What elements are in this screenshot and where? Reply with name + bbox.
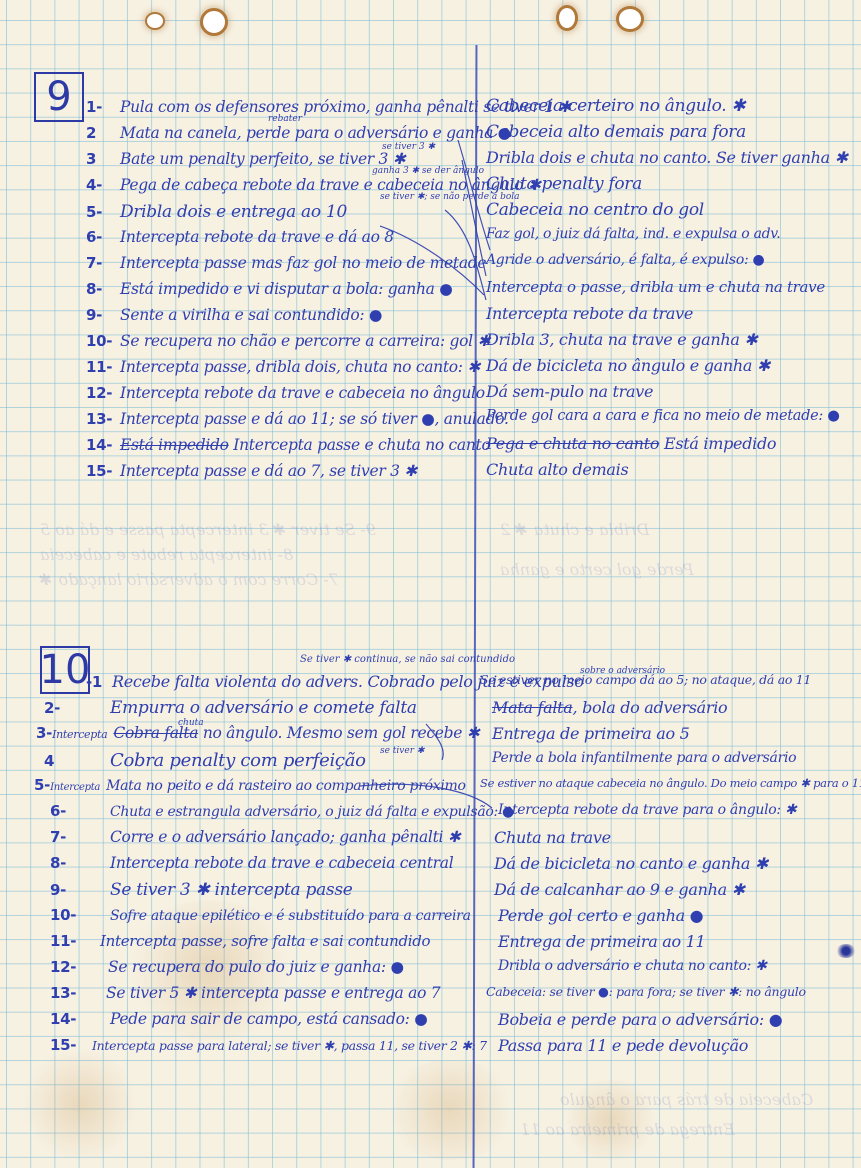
- list-item: 9-Se tiver 3 ✱ intercepta passe: [50, 880, 353, 900]
- item-number: 13-: [86, 410, 120, 428]
- list-item: 14-Pede para sair de campo, está cansado…: [50, 1010, 427, 1028]
- item-number: 10-: [86, 332, 120, 350]
- item-text: Chuta e estrangula adversário, o juiz dá…: [110, 804, 514, 820]
- list-item: 3-InterceptaCobra falta no ângulo. Mesmo…: [36, 724, 479, 742]
- item-number: 14-: [50, 1010, 110, 1028]
- item-number: 9-: [50, 881, 110, 899]
- item-number: 5-: [34, 776, 50, 794]
- binder-hole: [616, 6, 644, 32]
- list-item: 12-Se recupera do pulo do juiz e ganha: …: [50, 958, 404, 976]
- list-item: Perde gol cara a cara e fica no meio de …: [486, 408, 840, 424]
- item-number: 1-: [86, 98, 120, 116]
- item-text: Bate um penalty perfeito, se tiver 3 ✱: [120, 150, 405, 168]
- list-item: Faz gol, o juiz dá falta, ind. e expulsa…: [486, 226, 780, 242]
- list-item: Dribla 3, chuta na trave e ganha ✱: [486, 330, 757, 349]
- item-text: Sente a virilha e sai contundido: ●: [120, 306, 382, 324]
- item-prefix: Intercepta: [50, 782, 100, 793]
- list-item: Perde a bola infantilmente para o advers…: [492, 750, 796, 766]
- list-item: Chuta penalty fora: [486, 174, 642, 194]
- section-number-box: 10: [40, 646, 90, 694]
- item-number: 6-: [50, 802, 110, 820]
- list-item: 5-Dribla dois e entrega ao 10: [86, 202, 347, 222]
- list-item: 15-Intercepta passe para lateral; se tiv…: [50, 1036, 487, 1054]
- list-item: Entrega de primeira ao 5: [492, 724, 689, 743]
- list-item: Chuta alto demais: [486, 460, 628, 479]
- list-item: 5-InterceptaMata no peito e dá rasteiro …: [34, 776, 466, 794]
- paper-stain: [20, 1050, 140, 1160]
- item-text: Corre e o adversário lançado; ganha pêna…: [110, 828, 460, 846]
- list-item: Mata falta, bola do adversário: [492, 698, 727, 717]
- item-number: 5-: [86, 203, 120, 221]
- item-text: Intercepta rebote da trave e cabeceia no…: [120, 384, 485, 402]
- list-item: Dá sem-pulo na trave: [486, 382, 653, 401]
- list-item: Intercepta rebote da trave: [486, 304, 693, 323]
- list-item: Perde gol certo e ganha ●: [498, 906, 703, 925]
- annotation: se tiver ✱: [380, 746, 424, 756]
- item-text: Sofre ataque epilético e é substituído p…: [110, 908, 471, 924]
- list-item: Intercepta rebote da trave para o ângulo…: [498, 802, 796, 818]
- item-text: Se tiver 3 ✱ intercepta passe: [110, 880, 353, 900]
- item-number: 8-: [50, 854, 110, 872]
- item-number: 3-: [36, 724, 52, 742]
- list-item: 7-Intercepta passe mas faz gol no meio d…: [86, 254, 486, 272]
- list-item: 4Cobra penalty com perfeição: [44, 750, 366, 771]
- list-item: 2-Empurra o adversário e comete falta: [44, 698, 417, 718]
- item-number: 7-: [86, 254, 120, 272]
- section-number-box: 9: [34, 72, 84, 122]
- list-item: 14-Está impedido Intercepta passe e chut…: [86, 436, 491, 454]
- item-text: , bola do adversário: [573, 698, 728, 717]
- list-item: 11-Intercepta passe, dribla dois, chuta …: [86, 358, 480, 376]
- item-number: 11-: [86, 358, 120, 376]
- list-item: Dribla o adversário e chuta no canto: ✱: [498, 958, 767, 974]
- item-number: 15-: [86, 462, 120, 480]
- show-through-text: Cabeceia de trás para o ângulo: [560, 1090, 813, 1109]
- list-item: 12-Intercepta rebote da trave e cabeceia…: [86, 384, 485, 402]
- item-number: 7-: [50, 828, 110, 846]
- item-text: Intercepta rebote da trave e dá ao 8: [120, 228, 394, 246]
- struck-text: Pega e chuta no canto: [486, 434, 659, 453]
- list-item: Cabeceia no centro do gol: [486, 200, 704, 220]
- list-item: Dá de bicicleta no ângulo e ganha ✱: [486, 356, 770, 375]
- item-number: 2-: [44, 699, 110, 717]
- list-item: Cabeceia alto demais para fora: [486, 122, 746, 142]
- list-item: 15-Intercepta passe e dá ao 7, se tiver …: [86, 462, 417, 480]
- struck-text: Mata falta: [492, 698, 573, 717]
- item-text: no ângulo. Mesmo sem gol recebe ✱: [203, 724, 480, 742]
- list-item: 2Mata na canela, perde para o adversário…: [86, 124, 511, 142]
- item-text: Pede para sair de campo, está cansado: ●: [110, 1010, 427, 1028]
- binder-hole: [556, 5, 578, 31]
- list-item: Dá de bicicleta no canto e ganha ✱: [494, 854, 768, 873]
- item-number: 4: [44, 752, 110, 770]
- paper-stain: [380, 1060, 520, 1160]
- item-text: Está impedido e vi disputar a bola: ganh…: [120, 280, 452, 298]
- list-item: Pega e chuta no canto Está impedido: [486, 434, 776, 453]
- item-text: Cobra penalty com perfeição: [110, 750, 366, 771]
- item-text: Se recupera no chão e percorre a carreir…: [120, 332, 490, 350]
- list-item: 13-Se tiver 5 ✱ intercepta passe e entre…: [50, 984, 440, 1002]
- item-number: 3: [86, 150, 120, 168]
- list-item: 10-Sofre ataque epilético e é substituíd…: [50, 906, 471, 924]
- show-through-text: Dribla e chuta ✱ 2: [500, 520, 649, 539]
- list-item: 3Bate um penalty perfeito, se tiver 3 ✱: [86, 150, 405, 168]
- list-item: Cabeceia certeiro no ângulo. ✱: [486, 96, 745, 116]
- annotation: se tiver 3 ✱: [382, 142, 435, 152]
- item-number: 15-: [50, 1036, 92, 1054]
- show-through-text: 8- intercepta rebote e cabeceia: [40, 545, 293, 564]
- annotation: rebater: [268, 114, 302, 124]
- show-through-text: 7- Corre com o adversário lançado ✱: [40, 570, 339, 589]
- list-item: Cabeceia: se tiver ●: para fora; se tive…: [486, 984, 806, 999]
- list-item: Agride o adversário, é falta, é expulso:…: [486, 252, 764, 268]
- struck-text: Está impedido: [120, 436, 229, 454]
- item-text: Mata na canela, perde para o adversário …: [120, 124, 511, 142]
- item-number: 12-: [86, 384, 120, 402]
- item-number: 12-: [50, 958, 108, 976]
- annotation: Se tiver ✱ continua, se não sai contundi…: [300, 654, 515, 665]
- show-through-text: 9- Se tiver ✱ 3 intercepta passe e dá ao…: [40, 520, 376, 539]
- list-item: 6-Intercepta rebote da trave e dá ao 8: [86, 228, 394, 246]
- item-text: Intercepta passe e chuta no canto: [233, 436, 490, 454]
- item-number: 2: [86, 124, 120, 142]
- item-text: Intercepta rebote da trave e cabeceia ce…: [110, 854, 453, 872]
- item-text: Está impedido: [664, 434, 776, 453]
- notebook-page: 9- Se tiver ✱ 3 intercepta passe e dá ao…: [0, 0, 861, 1168]
- item-number: 11-: [50, 932, 100, 950]
- item-text: Intercepta passe para lateral; se tiver …: [92, 1038, 487, 1053]
- item-text: Mata no peito e dá rasteiro ao companhei…: [106, 778, 466, 794]
- item-text: Se tiver 5 ✱ intercepta passe e entrega …: [106, 984, 440, 1002]
- list-item: Se estiver no meio campo dá ao 5; no ata…: [480, 672, 811, 687]
- item-number: 6-: [86, 228, 120, 246]
- list-item: Passa para 11 e pede devolução: [498, 1036, 748, 1055]
- binder-hole: [145, 12, 165, 30]
- item-number: 8-: [86, 280, 120, 298]
- list-item: Dribla dois e chuta no canto. Se tiver g…: [486, 148, 848, 167]
- list-item: 7-Corre e o adversário lançado; ganha pê…: [50, 828, 460, 846]
- list-item: Intercepta o passe, dribla um e chuta na…: [486, 278, 825, 296]
- struck-text: Cobra falta: [113, 724, 198, 742]
- ink-blot: [836, 944, 856, 958]
- item-number: 14-: [86, 436, 120, 454]
- list-item: 9-Sente a virilha e sai contundido: ●: [86, 306, 382, 324]
- list-item: 11-Intercepta passe, sofre falta e sai c…: [50, 932, 430, 950]
- list-item: Entrega de primeira ao 11: [498, 932, 705, 951]
- list-item: Dá de calcanhar ao 9 e ganha ✱: [494, 880, 745, 899]
- item-text: Intercepta passe mas faz gol no meio de …: [120, 254, 486, 272]
- list-item: Chuta na trave: [494, 828, 611, 847]
- item-number: -1: [86, 673, 112, 691]
- item-text: Intercepta passe, dribla dois, chuta no …: [120, 358, 480, 376]
- show-through-text: Perde gol certo e ganha: [500, 560, 694, 579]
- binder-hole: [200, 8, 228, 36]
- item-text: Intercepta passe e dá ao 11; se só tiver…: [120, 410, 509, 428]
- item-number: 10-: [50, 906, 110, 924]
- list-item: 10-Se recupera no chão e percorre a carr…: [86, 332, 490, 350]
- list-item: 6-Chuta e estrangula adversário, o juiz …: [50, 802, 514, 820]
- item-number: 4-: [86, 176, 120, 194]
- list-item: 13-Intercepta passe e dá ao 11; se só ti…: [86, 410, 509, 428]
- item-text: Intercepta passe e dá ao 7, se tiver 3 ✱: [120, 462, 417, 480]
- list-item: 8-Está impedido e vi disputar a bola: ga…: [86, 280, 452, 298]
- item-text: Empurra o adversário e comete falta: [110, 698, 417, 718]
- annotation: ganha 3 ✱ se der ângulo: [372, 166, 484, 176]
- item-prefix: Intercepta: [52, 728, 107, 741]
- item-number: 9-: [86, 306, 120, 324]
- section-number: 10: [40, 650, 91, 690]
- item-text: Se recupera do pulo do juiz e ganha: ●: [108, 958, 404, 976]
- column-divider-line: [473, 45, 478, 1168]
- section-number: 9: [46, 77, 71, 117]
- list-item: Se estiver no ataque cabeceia no ângulo.…: [480, 776, 861, 790]
- item-number: 13-: [50, 984, 106, 1002]
- list-item: Bobeia e perde para o adversário: ●: [498, 1010, 782, 1029]
- show-through-text: Entrega de primeira ao 11: [520, 1120, 735, 1139]
- item-text: Dribla dois e entrega ao 10: [120, 202, 347, 222]
- list-item: 8-Intercepta rebote da trave e cabeceia …: [50, 854, 453, 872]
- item-text: Intercepta passe, sofre falta e sai cont…: [100, 932, 430, 950]
